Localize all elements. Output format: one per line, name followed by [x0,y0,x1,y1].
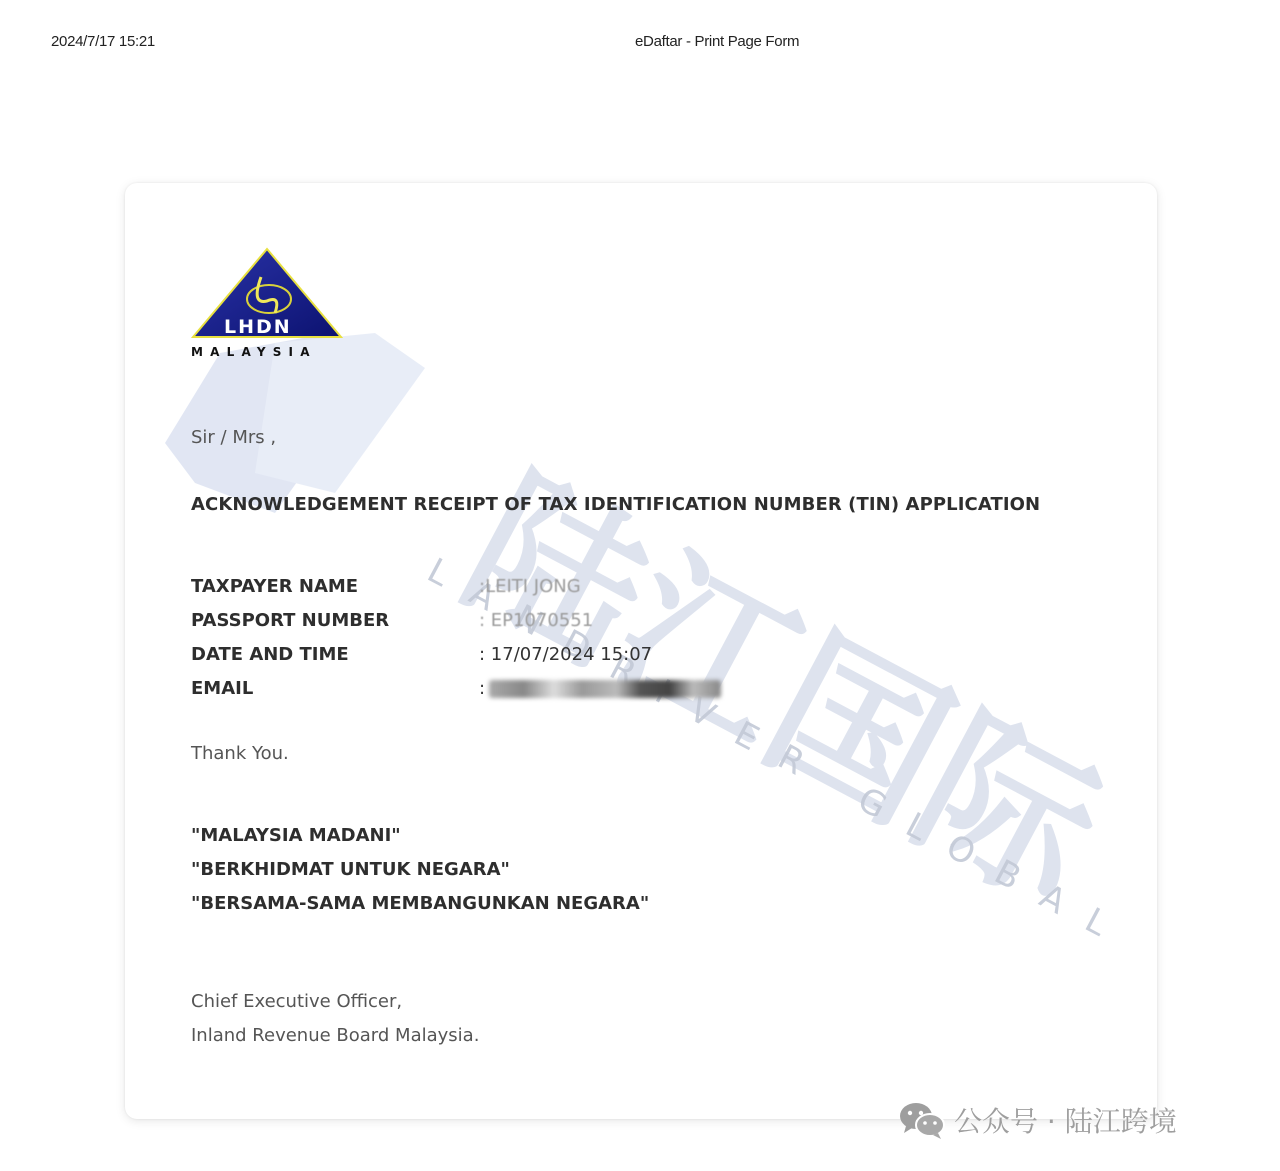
passport-number-value: : EP1070551 [479,610,593,631]
date-time-value: : 17/07/2024 15:07 [479,644,652,665]
signoff-title: Chief Executive Officer, [191,991,479,1025]
blurred-email-redaction [489,680,721,698]
field-label: DATE AND TIME [191,644,349,665]
letter-subject: ACKNOWLEDGEMENT RECEIPT OF TAX IDENTIFIC… [191,494,1040,515]
print-datetime: 2024/7/17 15:21 [51,33,155,50]
signoff: Chief Executive Officer, Inland Revenue … [191,991,479,1059]
wechat-icon [898,1100,946,1140]
field-label: TAXPAYER NAME [191,576,358,597]
greeting: Sir / Mrs , [191,427,276,448]
motto-line: "BERKHIDMAT UNTUK NEGARA" [191,859,649,893]
email-value: : [479,678,721,699]
logo-country-text: MALAYSIA [191,345,351,359]
signoff-organization: Inland Revenue Board Malaysia. [191,1025,479,1059]
field-label: PASSPORT NUMBER [191,610,389,631]
closing-thanks: Thank You. [191,743,289,764]
taxpayer-name-value: :LEITI JONG [479,576,581,597]
motto-line: "BERSAMA-SAMA MEMBANGUNKAN NEGARA" [191,893,649,927]
print-header: 2024/7/17 15:21 eDaftar - Print Page For… [0,33,1280,53]
field-label: EMAIL [191,678,253,699]
lhdn-triangle-logo-icon: LHDN [191,247,351,345]
acknowledgement-receipt-card: 陆江国际 LANDRIVER GLOBAL LHDN MALAYSIA Sir … [125,183,1157,1119]
footer-watermark: 公众号 · 陆江跨境 [898,1100,1177,1140]
svg-text:LHDN: LHDN [224,316,292,338]
motto-line: "MALAYSIA MADANI" [191,825,649,859]
print-page-title: eDaftar - Print Page Form [635,33,799,50]
mottos: "MALAYSIA MADANI" "BERKHIDMAT UNTUK NEGA… [191,825,649,927]
lhdn-logo: LHDN MALAYSIA [191,247,351,362]
footer-watermark-text: 公众号 · 陆江跨境 [954,1100,1177,1140]
